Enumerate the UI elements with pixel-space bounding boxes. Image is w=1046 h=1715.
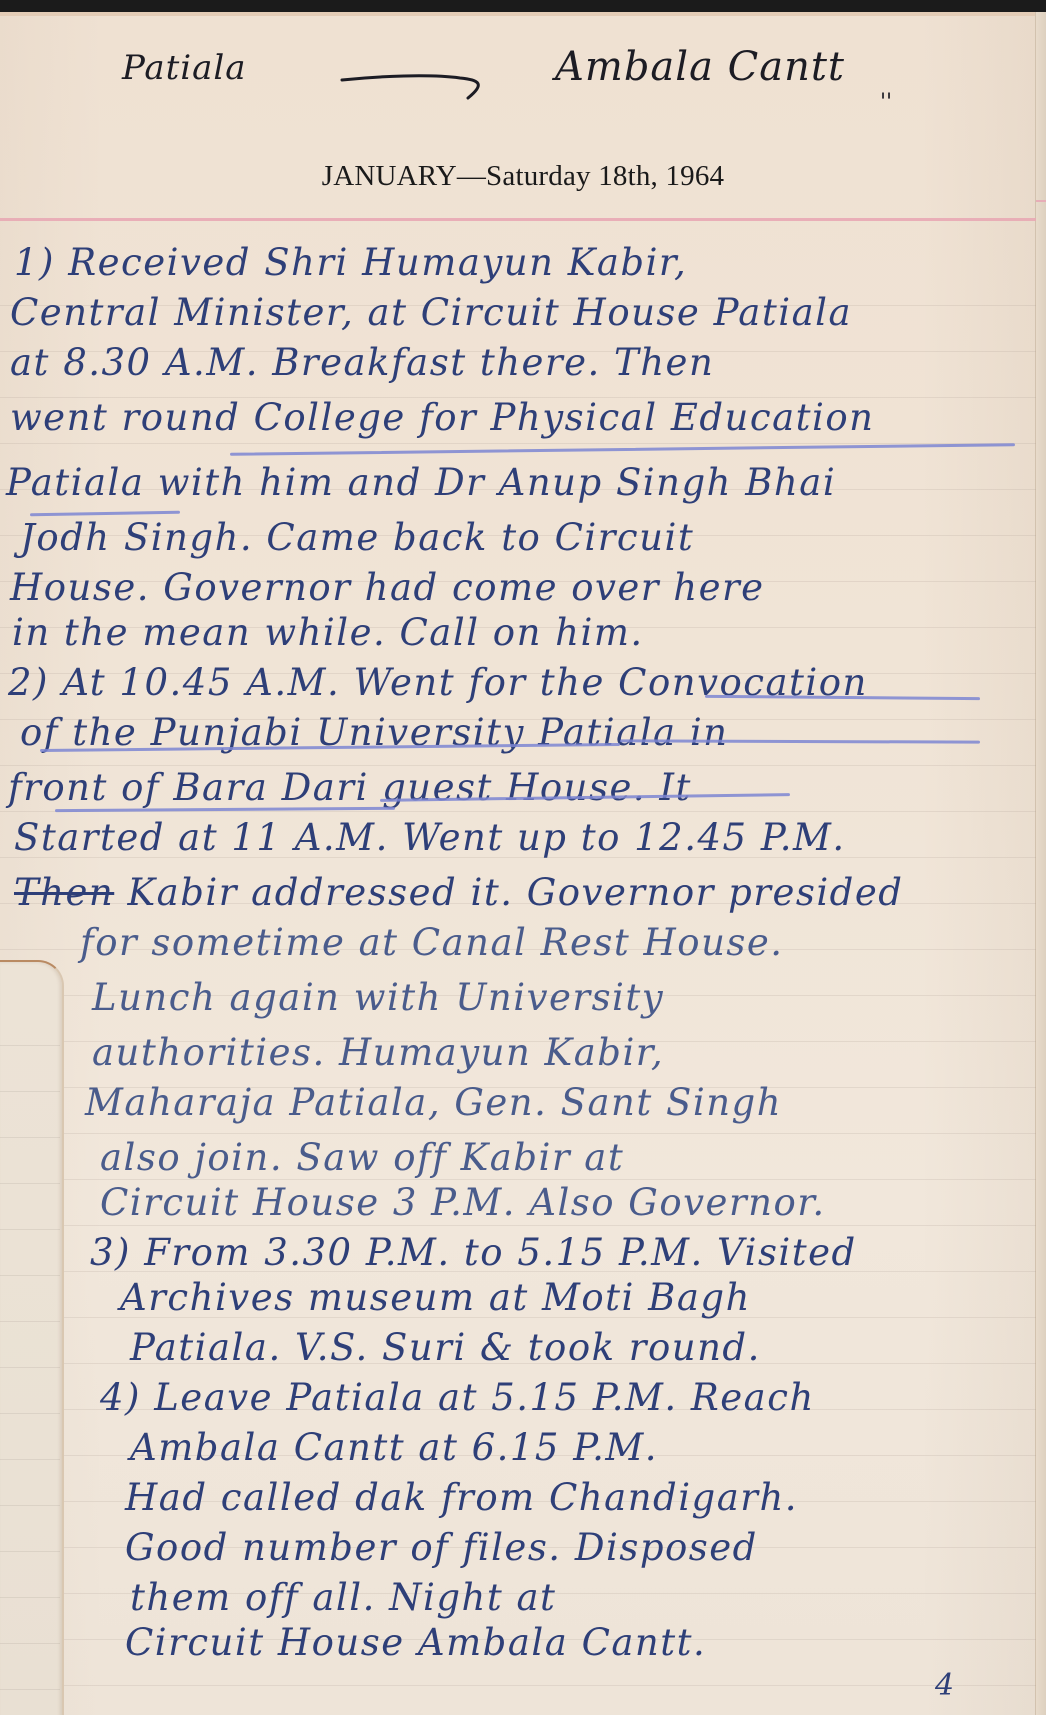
entry-line: 3) From 3.30 P.M. to 5.15 P.M. Visited (90, 1230, 857, 1276)
entry-line: at 8.30 A.M. Breakfast there. Then (10, 340, 714, 386)
entry-line: Then Kabir addressed it. Governor presid… (14, 870, 903, 916)
struck-word: Then (14, 871, 114, 914)
entry-line: Jodh Singh. Came back to Circuit (20, 515, 694, 561)
entry-line: 2) At 10.45 A.M. Went for the Convocatio… (8, 660, 868, 706)
entry-line: Started at 11 A.M. Went up to 12.45 P.M. (14, 815, 846, 861)
entry-line: Archives museum at Moti Bagh (120, 1275, 751, 1321)
page-number: 4 (935, 1668, 954, 1703)
handwritten-entry: 1) Received Shri Humayun Kabir, Central … (0, 0, 1046, 1715)
entry-line: Patiala. V.S. Suri & took round. (130, 1325, 761, 1371)
entry-line: House. Governor had come over here (10, 565, 765, 611)
entry-line: Ambala Cantt at 6.15 P.M. (130, 1425, 658, 1471)
entry-line: front of Bara Dari guest House. It (8, 765, 692, 811)
entry-line: Maharaja Patiala, Gen. Sant Singh (85, 1080, 782, 1126)
entry-line: Circuit House Ambala Cantt. (125, 1620, 706, 1666)
entry-line: 4) Leave Patiala at 5.15 P.M. Reach (100, 1375, 815, 1421)
entry-line: Central Minister, at Circuit House Patia… (10, 290, 852, 336)
entry-line: Circuit House 3 P.M. Also Governor. (100, 1180, 826, 1226)
entry-line: in the mean while. Call on him. (12, 610, 644, 656)
entry-line: Lunch again with University (92, 975, 664, 1021)
entry-line: Good number of files. Disposed (125, 1525, 758, 1571)
entry-line: authorities. Humayun Kabir, (92, 1030, 664, 1076)
entry-line: them off all. Night at (130, 1575, 556, 1621)
entry-line-rest: Kabir addressed it. Governor presided (128, 871, 904, 914)
underline-mark (230, 443, 1015, 456)
entry-line: 1) Received Shri Humayun Kabir, (14, 240, 687, 286)
entry-line: also join. Saw off Kabir at (100, 1135, 624, 1181)
entry-line: Patiala with him and Dr Anup Singh Bhai (6, 460, 836, 506)
entry-line: for sometime at Canal Rest House. (80, 920, 784, 966)
entry-line: Had called dak from Chandigarh. (125, 1475, 798, 1521)
entry-line: went round College for Physical Educatio… (10, 395, 874, 441)
